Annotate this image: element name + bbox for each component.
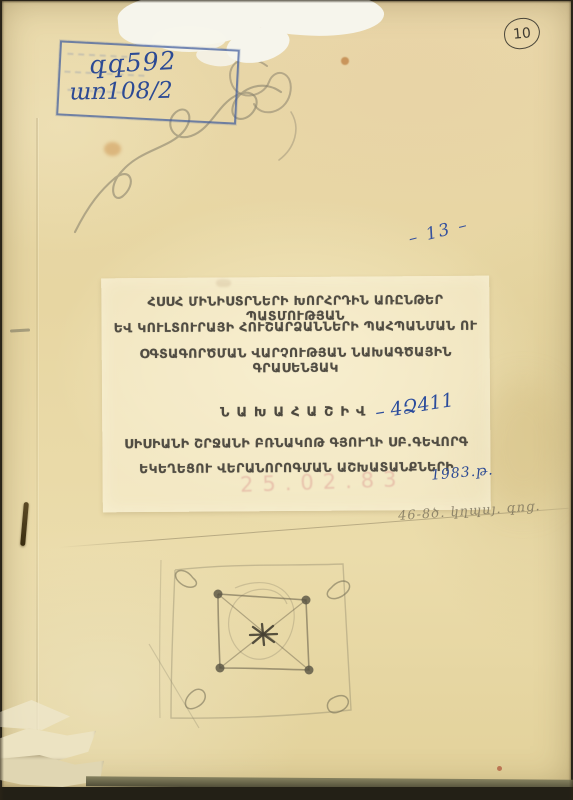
vertical-fold-crease [36, 118, 38, 768]
estimate-label: ՆԱԽԱՀԱՇԻՎ [220, 404, 372, 420]
fox-stain-small [341, 57, 349, 65]
archive-stamp-box: գգ592 առ108/2 [56, 40, 240, 124]
header-line-3: ՕԳՏԱԳՈՐԾՄԱՆ ՎԱՐՉՈՒԹՅԱՆ ՆԱԽԱԳԾԱՅԻՆ ԳՐԱՍԵՆ… [102, 344, 490, 377]
estimate-title-row: ՆԱԽԱՀԱՇԻՎ – 4Ձ411 [102, 404, 490, 429]
scanned-document-page: գգ592 առ108/2 10 – 13 – ՀՍՍՀ ՄԻՆԻՍՏՐՆԵՐԻ… [0, 0, 573, 800]
soft-discoloration [478, 380, 568, 510]
red-speck [497, 766, 502, 771]
archive-subnumber-handwritten: առ108/2 [69, 78, 173, 106]
estimate-subject-line-1: ՍԻՍԻԱՆԻ ՇՐՋԱՆԻ ԲՌՆԱԿՈԹ ԳՅՈՒՂԻ ՍԲ.ԳԵՎՈՐԳ [102, 434, 490, 452]
estimate-number-handwritten: – 4Ձ411 [374, 389, 456, 424]
page-number-text: 10 [512, 25, 531, 42]
scanner-background-strip [0, 787, 573, 800]
page-edge-right [569, 0, 573, 800]
header-line-2: ԵՎ ԿՈՒԼՏՈՒՐԱՅԻ ՀՈՒՇԱՐՁԱՆՆԵՐԻ ՊԱՀՊԱՆՄԱՆ Ո… [101, 318, 489, 336]
page-edge-left [0, 0, 4, 800]
page-edge-top [0, 0, 573, 3]
archive-number-handwritten: գգ592 [88, 46, 177, 80]
fox-stain [104, 142, 121, 156]
